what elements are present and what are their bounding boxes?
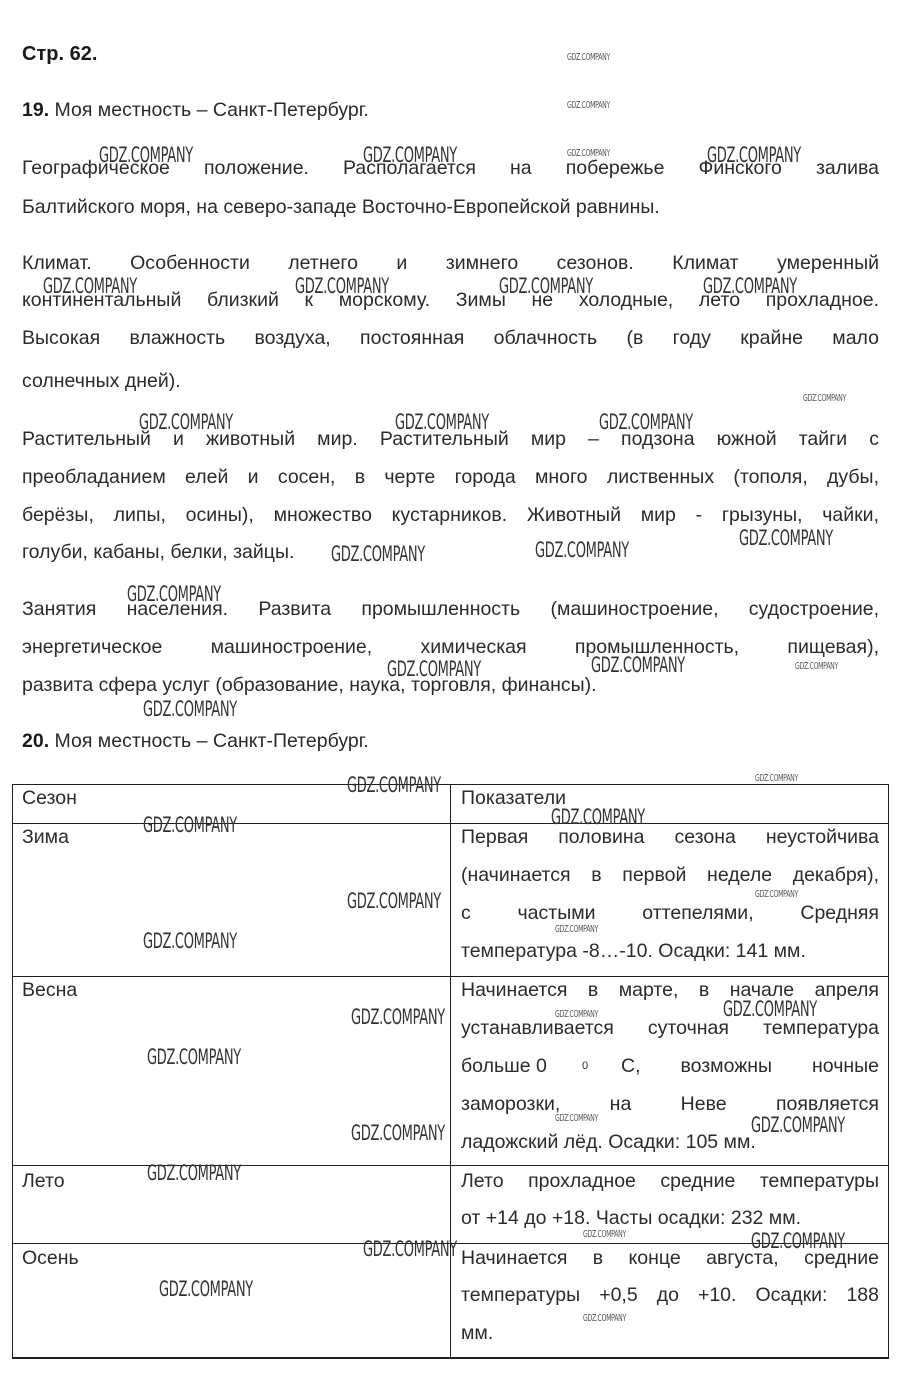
watermark: GDZ.COMPANY	[143, 697, 237, 721]
indicator-line: Первая половина сезона неустойчива	[461, 825, 879, 849]
indicator-line: ладожский лёд. Осадки: 105 мм.	[461, 1130, 879, 1154]
text-line: энергетическое машиностроение, химическа…	[22, 635, 879, 659]
watermark: GDZ.COMPANY	[159, 1277, 253, 1301]
indicator-line: температуры +0,5 до +10. Осадки: 188	[461, 1283, 879, 1307]
watermark: GDZ.COMPANY	[803, 393, 846, 404]
text-line: развита сфера услуг (образование, наука,…	[22, 673, 879, 697]
watermark: GDZ.COMPANY	[347, 889, 441, 913]
indicator-line: мм.	[461, 1321, 879, 1345]
indicator-line: с частыми оттепелями, Средняя	[461, 901, 879, 925]
table-row-divider	[12, 976, 889, 977]
column-header-indicators: Показатели	[461, 786, 566, 810]
watermark: GDZ.COMPANY	[555, 924, 598, 935]
table-column-divider	[450, 784, 451, 1358]
watermark: GDZ.COMPANY	[567, 52, 610, 63]
watermark: GDZ.COMPANY	[755, 773, 798, 784]
column-header-season: Сезон	[22, 786, 77, 810]
task-number: 19.	[22, 99, 49, 121]
watermark: GDZ.COMPANY	[351, 1121, 445, 1145]
text-line: Занятия населения. Развита промышленност…	[22, 597, 879, 621]
watermark: GDZ.COMPANY	[347, 773, 441, 797]
table-border-right	[888, 784, 889, 1358]
watermark: GDZ.COMPANY	[583, 1229, 626, 1240]
task-number: 20.	[22, 730, 49, 752]
task-19-heading: 19. Моя местность – Санкт-Петербург.	[22, 99, 369, 122]
text-line: Высокая влажность воздуха, постоянная об…	[22, 326, 879, 350]
text-line: Балтийского моря, на северо-западе Восто…	[22, 195, 879, 219]
indicator-line: устанавливается суточная температура	[461, 1016, 879, 1040]
watermark: GDZ.COMPANY	[795, 661, 838, 672]
season-cell: Лето	[22, 1169, 65, 1193]
indicator-line: заморозки, на Неве появляется	[461, 1092, 879, 1116]
watermark: GDZ.COMPANY	[143, 929, 237, 953]
indicator-line: Начинается в марте, в начале апреля	[461, 978, 879, 1002]
season-cell: Зима	[22, 825, 69, 849]
task-title: Моя местность – Санкт-Петербург.	[49, 99, 369, 121]
text-line: Климат. Особенности летнего и зимнего се…	[22, 251, 879, 275]
task-20-heading: 20. Моя местность – Санкт-Петербург.	[22, 730, 369, 753]
table-row-divider	[12, 1165, 889, 1166]
text-fragment: С, возможны ночные	[621, 1054, 879, 1078]
degree-superscript: 0	[582, 1054, 588, 1078]
table-row-divider	[12, 1243, 889, 1244]
indicator-line: температура -8…-10. Осадки: 141 мм.	[461, 939, 879, 963]
indicator-line: от +14 до +18. Часты осадки: 232 мм.	[461, 1206, 879, 1230]
indicator-line: (начинается в первой неделе декабря),	[461, 863, 879, 887]
text-line: преобладанием елей и сосен, в черте горо…	[22, 465, 879, 489]
table-border-left	[12, 784, 13, 1358]
season-cell: Осень	[22, 1246, 79, 1270]
text-line: Растительный и животный мир. Растительны…	[22, 427, 879, 451]
watermark: GDZ.COMPANY	[351, 1005, 445, 1029]
watermark: GDZ.COMPANY	[147, 1045, 241, 1069]
text-line: солнечных дней).	[22, 369, 879, 393]
text-line: Географическое положение. Располагается …	[22, 156, 879, 180]
page-label: Стр. 62.	[22, 43, 97, 66]
text-line: континентальный близкий к морскому. Зимы…	[22, 288, 879, 312]
table-row-divider	[12, 823, 889, 824]
watermark: GDZ.COMPANY	[755, 889, 798, 900]
text-line: голуби, кабаны, белки, зайцы.	[22, 540, 879, 564]
indicator-line: Начинается в конце августа, средние	[461, 1246, 879, 1270]
watermark: GDZ.COMPANY	[363, 1237, 457, 1261]
watermark: GDZ.COMPANY	[143, 813, 237, 837]
task-title: Моя местность – Санкт-Петербург.	[49, 730, 369, 752]
watermark: GDZ.COMPANY	[567, 100, 610, 111]
season-cell: Весна	[22, 978, 77, 1002]
indicator-line: Лето прохладное средние температуры	[461, 1169, 879, 1193]
text-line: берёзы, липы, осины), множество кустарни…	[22, 503, 879, 527]
